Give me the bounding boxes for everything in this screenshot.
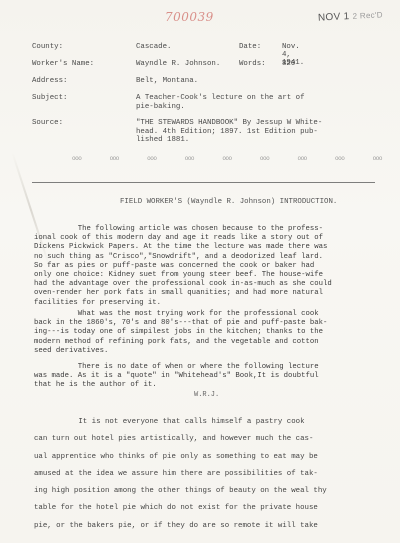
field-value: "THE STEWARDS HANDBOOK" By Jessup W Whit… [136,119,366,145]
intro-paragraph-2: What was the most trying work for the pr… [34,310,384,356]
field-label: County: [32,43,132,51]
ornament: ooo [335,155,344,162]
field-value: Belt, Montana. [136,77,366,86]
initials-signature: W.R.J. [194,391,219,399]
words-label: Words: [239,60,266,68]
received-stamp-suffix: 2 Rec'D [352,10,383,21]
received-stamp-date: NOV 1 [318,11,350,24]
ornament: ooo [373,155,382,162]
horizontal-rule [32,182,375,183]
intro-paragraph-1: The following article was chosen because… [34,225,384,308]
field-value: A Teacher-Cook's lecture on the art of p… [136,94,366,111]
ornament: ooo [222,155,231,162]
ornament: ooo [110,155,119,162]
ornament: ooo [260,155,269,162]
field-label: Source: [32,119,132,127]
date-label: Date: [239,43,261,51]
lecture-text: It is not everyone that calls himself a … [34,414,384,535]
document-page: 700039 NOV 1 2 Rec'D County: Cascade. Da… [0,0,400,543]
ornament: ooo [297,155,306,162]
received-date-stamp: NOV 1 2 Rec'D [318,9,383,23]
words-value: 820 [282,60,295,68]
ornament: ooo [147,155,156,162]
field-label: Address: [32,77,132,85]
ornament: ooo [72,155,81,162]
field-label: Subject: [32,94,132,102]
handwritten-archive-number: 700039 [165,10,214,24]
ornament: ooo [185,155,194,162]
intro-paragraph-3: There is no date of when or where the fo… [34,363,384,391]
field-label: Worker's Name: [32,60,132,68]
ornament-divider: ooo ooo ooo ooo ooo ooo ooo ooo ooo [72,155,382,162]
intro-heading: FIELD WORKER'S (Wayndle R. Johnson) INTR… [120,198,337,206]
